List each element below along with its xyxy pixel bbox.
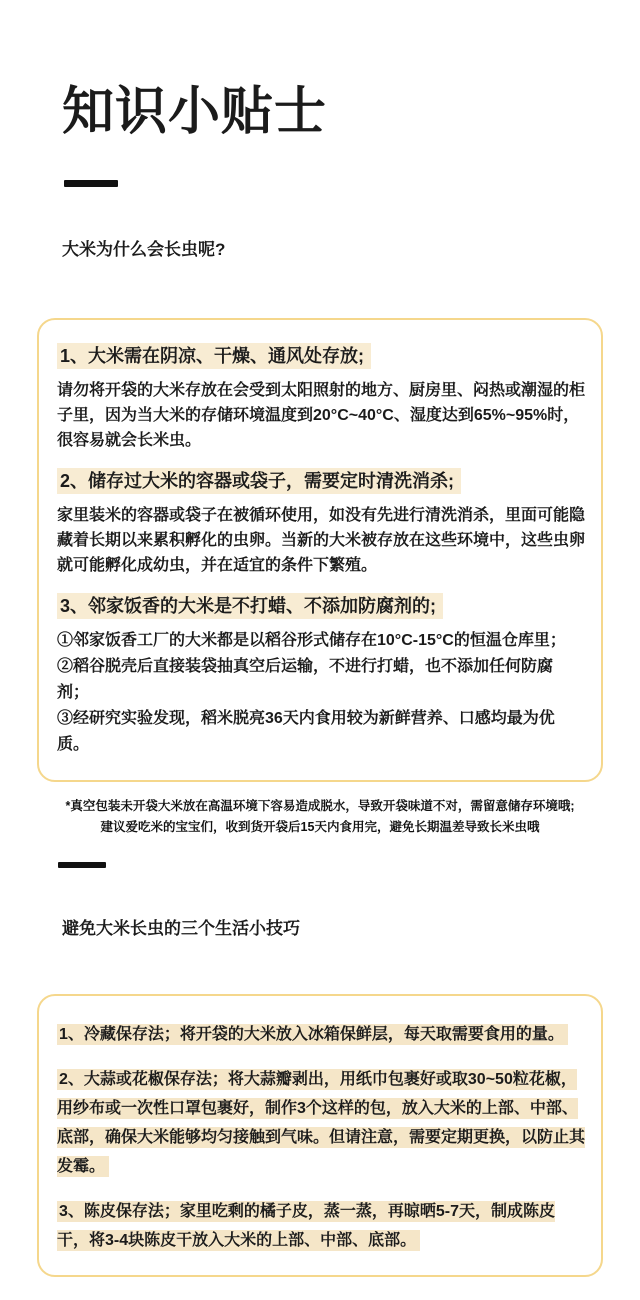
tip-heading: 3、邻家饭香的大米是不打蜡、不添加防腐剂的; [57, 592, 583, 622]
tip-heading: 1、大米需在阴凉、干燥、通风处存放; [57, 342, 583, 372]
footnote-line-1: *真空包装未开袋大米放在高温环境下容易造成脱水，导致开袋味道不对，需留意储存环境… [0, 796, 640, 817]
tip-body-line: ①邻家饭香工厂的大米都是以稻谷形式储存在10°C-15°C的恒温仓库里； [57, 628, 583, 654]
tip-body: ①邻家饭香工厂的大米都是以稻谷形式储存在10°C-15°C的恒温仓库里； ②稻谷… [57, 628, 583, 758]
title-underline-divider [64, 180, 118, 187]
tip-body-line: ②稻谷脱壳后直接装袋抽真空后运输，不进行打蜡，也不添加任何防腐剂； [57, 654, 583, 706]
tip-heading-highlight: 3、邻家饭香的大米是不打蜡、不添加防腐剂的; [57, 593, 443, 619]
trick-highlight: 3、陈皮保存法；家里吃剩的橘子皮，蒸一蒸，再晾晒5-7天，制成陈皮干，将3-4块… [57, 1201, 555, 1251]
tip-item-2: 2、储存过大米的容器或袋子，需要定时清洗消杀; 家里装米的容器或袋子在被循环使用… [57, 467, 583, 578]
trick-paragraph-1: 1、冷藏保存法；将开袋的大米放入冰箱保鲜层，每天取需要食用的量。 [57, 1020, 585, 1049]
section-divider [58, 862, 106, 868]
section2-title: 避免大米长虫的三个生活小技巧 [62, 918, 640, 940]
trick-highlight: 1、冷藏保存法；将开袋的大米放入冰箱保鲜层，每天取需要食用的量。 [57, 1024, 568, 1045]
tip-body: 请勿将开袋的大米存放在会受到太阳照射的地方、厨房里、闷热或潮湿的柜子里，因为当大… [57, 378, 585, 453]
footnote-line-2: 建议爱吃米的宝宝们，收到货开袋后15天内食用完，避免长期温差导致长米虫哦 [0, 817, 640, 838]
tip-heading-highlight: 2、储存过大米的容器或袋子，需要定时清洗消杀; [57, 468, 461, 494]
tip-body: 家里装米的容器或袋子在被循环使用，如没有先进行清洗消杀，里面可能隐藏着长期以来累… [57, 503, 585, 578]
knowledge-tips-page: 知识小贴士 大米为什么会长虫呢? 1、大米需在阴凉、干燥、通风处存放; 请勿将开… [0, 0, 640, 1300]
tricks-box: 1、冷藏保存法；将开袋的大米放入冰箱保鲜层，每天取需要食用的量。 2、大蒜或花椒… [37, 994, 603, 1277]
trick-paragraph-3: 3、陈皮保存法；家里吃剩的橘子皮，蒸一蒸，再晾晒5-7天，制成陈皮干，将3-4块… [57, 1197, 585, 1255]
trick-highlight: 2、大蒜或花椒保存法；将大蒜瓣剥出，用纸巾包裹好或取30~50粒花椒，用纱布或一… [57, 1069, 585, 1177]
page-title: 知识小贴士 [0, 0, 640, 144]
storage-footnote: *真空包装未开袋大米放在高温环境下容易造成脱水，导致开袋味道不对，需留意储存环境… [0, 796, 640, 838]
tip-heading: 2、储存过大米的容器或袋子，需要定时清洗消杀; [57, 467, 583, 497]
tip-body-line: ③经研究实验发现，稻米脱亮36天内食用较为新鲜营养、口感均最为优质。 [57, 706, 583, 758]
tip-item-1: 1、大米需在阴凉、干燥、通风处存放; 请勿将开袋的大米存放在会受到太阳照射的地方… [57, 342, 583, 453]
intro-question: 大米为什么会长虫呢? [62, 239, 640, 261]
trick-paragraph-2: 2、大蒜或花椒保存法；将大蒜瓣剥出，用纸巾包裹好或取30~50粒花椒，用纱布或一… [57, 1065, 585, 1181]
tip-heading-highlight: 1、大米需在阴凉、干燥、通风处存放; [57, 343, 371, 369]
tips-box: 1、大米需在阴凉、干燥、通风处存放; 请勿将开袋的大米存放在会受到太阳照射的地方… [37, 318, 603, 782]
tip-item-3: 3、邻家饭香的大米是不打蜡、不添加防腐剂的; ①邻家饭香工厂的大米都是以稻谷形式… [57, 592, 583, 758]
